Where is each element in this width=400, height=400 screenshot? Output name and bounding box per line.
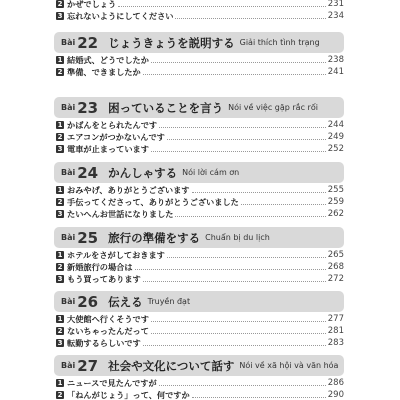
toc-item[interactable]: 1 ニュースで見たんですが 286 xyxy=(56,377,344,389)
item-title: 「ねんがじょう」って、何ですか xyxy=(67,390,190,400)
item-title: エアコンがつかないんです xyxy=(67,132,165,143)
dot-leader xyxy=(159,127,326,128)
toc-item[interactable]: 3 たいへんお世話になりました 262 xyxy=(56,208,344,220)
dot-leader xyxy=(175,216,325,217)
page-number: 262 xyxy=(328,209,344,219)
lesson-header-25: Bài 25 旅行の準備をする Chuẩn bị du lịch xyxy=(54,227,344,248)
item-number-badge: 3 xyxy=(56,210,64,218)
lesson-title-vn: Chuẩn bị du lịch xyxy=(205,233,270,242)
toc-item[interactable]: 3 電車が止まっています 252 xyxy=(56,143,344,155)
toc-item[interactable]: 2 新婚旅行の場合は 268 xyxy=(56,261,344,273)
lesson-number: 24 xyxy=(77,164,98,182)
lesson-label: Bài xyxy=(61,103,75,112)
toc-item[interactable]: 1 かばんをとられたんです 244 xyxy=(56,119,344,131)
toc-item[interactable]: 3 忘れないようにしてください 234 xyxy=(56,10,344,22)
item-number-badge: 1 xyxy=(56,56,64,64)
lesson-number: 25 xyxy=(77,229,98,247)
toc-item[interactable]: 2 エアコンがつかないんです 249 xyxy=(56,131,344,143)
dot-leader xyxy=(192,192,326,193)
page-number: 234 xyxy=(328,11,344,21)
lesson-header-22: Bài 22 じょうきょうを説明する Giải thích tình trạng xyxy=(54,32,344,53)
page-number: 238 xyxy=(328,55,344,65)
toc-item[interactable]: 1 ホテルをさがしておきます 265 xyxy=(56,249,344,261)
page-number: 272 xyxy=(328,274,344,284)
dot-leader xyxy=(143,281,326,282)
lesson-title-vn: Nói lời cám ơn xyxy=(182,168,239,177)
dot-leader xyxy=(151,321,326,322)
lesson-number: 23 xyxy=(77,99,98,117)
item-title: おみやげ、ありがとうございます xyxy=(67,185,190,196)
table-of-contents-page: 2 かぜでしょう 231 3 忘れないようにしてください 234 Bài 22 … xyxy=(0,0,400,400)
item-title: 忘れないようにしてください xyxy=(67,11,173,22)
toc-item[interactable]: 1 結婚式、どうでしたか 238 xyxy=(56,54,344,66)
toc-item[interactable]: 3 もう買ってあります 272 xyxy=(56,273,344,285)
page-number: 265 xyxy=(328,250,344,260)
dot-leader xyxy=(151,62,326,63)
lesson-header-23: Bài 23 困っていることを言う Nói về việc gặp rắc rố… xyxy=(54,97,344,118)
lesson-title-vn: Giải thích tình trạng xyxy=(240,38,320,47)
dot-leader xyxy=(167,257,326,258)
item-number-badge: 1 xyxy=(56,186,64,194)
toc-item[interactable]: 2 「ねんがじょう」って、何ですか 290 xyxy=(56,389,344,400)
lesson-title-vn: Truyền đạt xyxy=(148,297,190,306)
lesson-label: Bài xyxy=(61,38,75,47)
item-number-badge: 1 xyxy=(56,121,64,129)
lesson-number: 26 xyxy=(77,293,98,311)
item-title: たいへんお世話になりました xyxy=(67,209,173,220)
item-title: もう買ってあります xyxy=(67,274,141,285)
item-title: 手伝ってくださって、ありがとうございました xyxy=(67,197,239,208)
page-number: 244 xyxy=(328,120,344,130)
page-number: 290 xyxy=(328,390,344,400)
page-number: 286 xyxy=(328,378,344,388)
lesson-title-jp: 困っていることを言う xyxy=(108,100,223,116)
page-number: 277 xyxy=(328,314,344,324)
lesson-header-27: Bài 27 社会や文化について話す Nói về xã hội và văn … xyxy=(54,355,344,376)
item-title: 大使館へ行くそうです xyxy=(67,314,149,325)
lesson-label: Bài xyxy=(61,297,75,306)
dot-leader xyxy=(151,333,326,334)
lesson-label: Bài xyxy=(61,168,75,177)
lesson-title-jp: 伝える xyxy=(108,294,143,310)
item-number-badge: 2 xyxy=(56,327,64,335)
item-number-badge: 2 xyxy=(56,133,64,141)
page-number: 255 xyxy=(328,185,344,195)
lesson-title-jp: かんしゃする xyxy=(108,165,177,181)
lesson-number: 27 xyxy=(77,357,98,375)
toc-item[interactable]: 3 転勤するらしいです 283 xyxy=(56,337,344,349)
toc-item[interactable]: 2 ないちゃったんだって 281 xyxy=(56,325,344,337)
item-title: ホテルをさがしておきます xyxy=(67,250,165,261)
item-number-badge: 2 xyxy=(56,68,64,76)
item-number-badge: 2 xyxy=(56,198,64,206)
item-title: かばんをとられたんです xyxy=(67,120,157,131)
page-number: 249 xyxy=(328,132,344,142)
item-number-badge: 2 xyxy=(56,391,64,399)
lesson-label: Bài xyxy=(61,361,75,370)
page-number: 268 xyxy=(328,262,344,272)
page-number: 231 xyxy=(328,0,344,9)
toc-item[interactable]: 1 おみやげ、ありがとうございます 255 xyxy=(56,184,344,196)
item-number-badge: 1 xyxy=(56,251,64,259)
dot-leader xyxy=(167,139,326,140)
toc-item[interactable]: 1 大使館へ行くそうです 277 xyxy=(56,313,344,325)
lesson-header-24: Bài 24 かんしゃする Nói lời cám ơn xyxy=(54,162,344,183)
item-title: かぜでしょう xyxy=(67,0,116,10)
lesson-title-jp: 社会や文化について話す xyxy=(108,358,234,374)
dot-leader xyxy=(118,6,326,7)
page-number: 281 xyxy=(328,326,344,336)
lesson-header-26: Bài 26 伝える Truyền đạt xyxy=(54,291,344,312)
item-number-badge: 2 xyxy=(56,263,64,271)
dot-leader xyxy=(192,397,326,398)
page-number: 259 xyxy=(328,197,344,207)
item-title: 結婚式、どうでしたか xyxy=(67,55,149,66)
item-number-badge: 2 xyxy=(56,0,64,8)
dot-leader xyxy=(135,269,326,270)
lesson-number: 22 xyxy=(77,34,98,52)
dot-leader xyxy=(175,18,325,19)
dot-leader xyxy=(151,151,326,152)
lesson-title-jp: 旅行の準備をする xyxy=(108,230,200,246)
item-number-badge: 3 xyxy=(56,145,64,153)
dot-leader xyxy=(241,204,326,205)
dot-leader xyxy=(159,385,326,386)
item-number-badge: 3 xyxy=(56,12,64,20)
toc-item[interactable]: 2 かぜでしょう 231 xyxy=(56,0,344,10)
item-title: ないちゃったんだって xyxy=(67,326,149,337)
item-title: 電車が止まっています xyxy=(67,144,149,155)
dot-leader xyxy=(143,74,326,75)
toc-item[interactable]: 2 準備、できましたか 241 xyxy=(56,66,344,78)
item-title: 準備、できましたか xyxy=(67,67,141,78)
item-number-badge: 3 xyxy=(56,339,64,347)
item-title: 新婚旅行の場合は xyxy=(67,262,133,273)
item-number-badge: 1 xyxy=(56,379,64,387)
item-number-badge: 1 xyxy=(56,315,64,323)
item-title: ニュースで見たんですが xyxy=(67,378,157,389)
lesson-title-vn: Nói về việc gặp rắc rối xyxy=(228,103,318,112)
lesson-title-vn: Nói về xã hội và văn hóa xyxy=(239,361,338,370)
item-number-badge: 3 xyxy=(56,275,64,283)
page-number: 241 xyxy=(328,67,344,77)
dot-leader xyxy=(143,345,326,346)
lesson-label: Bài xyxy=(61,233,75,242)
lesson-title-jp: じょうきょうを説明する xyxy=(108,35,235,51)
page-number: 252 xyxy=(328,144,344,154)
page-number: 283 xyxy=(328,338,344,348)
item-title: 転勤するらしいです xyxy=(67,338,141,349)
toc-item[interactable]: 2 手伝ってくださって、ありがとうございました 259 xyxy=(56,196,344,208)
